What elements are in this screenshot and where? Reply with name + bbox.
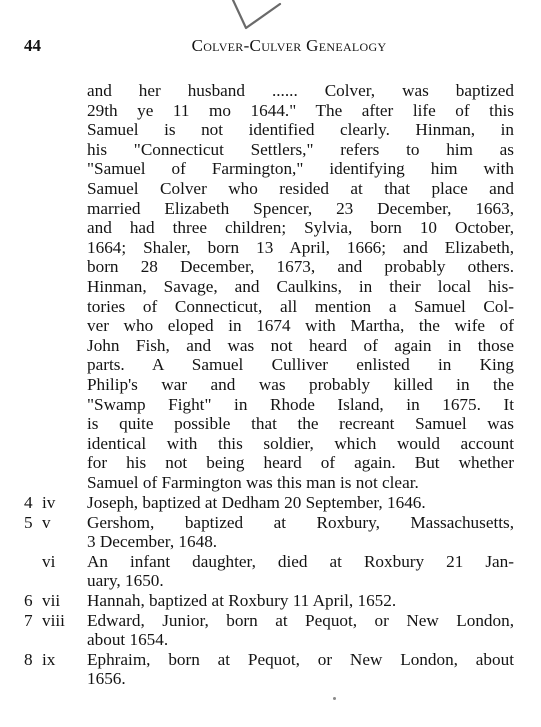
running-head: 44 Colver-Culver Genealogy <box>0 36 541 60</box>
text-line: 1656. <box>87 669 514 689</box>
text-line: married Elizabeth Spencer, 23 December, … <box>87 199 514 219</box>
text-line: Gershom, baptized at Roxbury, Massachuse… <box>87 513 514 533</box>
text-line: and her husband ...... Colver, was bapti… <box>87 81 514 101</box>
genealogy-number: 8 <box>24 650 38 670</box>
birth-order-numeral: v <box>42 513 82 533</box>
text-line: 1664; Shaler, born 13 April, 1666; and E… <box>87 238 514 258</box>
text-line: Ephraim, born at Pequot, or New London, … <box>87 650 514 670</box>
child-description: Joseph, baptized at Dedham 20 September,… <box>87 493 514 513</box>
text-line: and had three children; Sylvia, born 10 … <box>87 218 514 238</box>
text-line: is quite possible that the recreant Samu… <box>87 414 514 434</box>
child-description: Ephraim, born at Pequot, or New London, … <box>87 650 514 689</box>
genealogy-number: 7 <box>24 611 38 631</box>
child-description: Edward, Junior, born at Pequot, or New L… <box>87 611 514 650</box>
child-description: An infant daughter, died at Roxbury 21 J… <box>87 552 514 591</box>
child-entry-edward: 7 viii Edward, Junior, born at Pequot, o… <box>0 611 541 650</box>
text-line: for his not being heard of again. But wh… <box>87 453 514 473</box>
children-list: 4 iv Joseph, baptized at Dedham 20 Septe… <box>0 493 541 689</box>
text-line: born 28 December, 1673, and probably oth… <box>87 257 514 277</box>
text-line: Samuel Colver who resided at that place … <box>87 179 514 199</box>
birth-order-numeral: vii <box>42 591 82 611</box>
child-entry-ephraim: 8 ix Ephraim, born at Pequot, or New Lon… <box>0 650 541 689</box>
pencil-check-mark-icon <box>225 0 285 32</box>
text-line: An infant daughter, died at Roxbury 21 J… <box>87 552 514 572</box>
text-line: identical with this soldier, which would… <box>87 434 514 454</box>
text-line: Joseph, baptized at Dedham 20 September,… <box>87 493 514 513</box>
child-description: Gershom, baptized at Roxbury, Massachuse… <box>87 513 514 552</box>
text-line: parts. A Samuel Culliver enlisted in Kin… <box>87 355 514 375</box>
text-line: Philip's war and was probably killed in … <box>87 375 514 395</box>
child-entry-infant-daughter: vi An infant daughter, died at Roxbury 2… <box>0 552 541 591</box>
text-line: "Samuel of Farmington," identifying him … <box>87 159 514 179</box>
child-entry-joseph: 4 iv Joseph, baptized at Dedham 20 Septe… <box>0 493 541 513</box>
birth-order-numeral: vi <box>42 552 82 572</box>
text-line: ver who eloped in 1674 with Martha, the … <box>87 316 514 336</box>
genealogy-number: 5 <box>24 513 38 533</box>
birth-order-numeral: ix <box>42 650 82 670</box>
genealogy-number: 6 <box>24 591 38 611</box>
text-line: tories of Connecticut, all mention a Sam… <box>87 297 514 317</box>
text-line: uary, 1650. <box>87 571 514 591</box>
text-line: 29th ye 11 mo 1644." The after life of t… <box>87 101 514 121</box>
body-paragraph: and her husband ...... Colver, was bapti… <box>87 81 514 492</box>
text-line: about 1654. <box>87 630 514 650</box>
text-line: Samuel is not identified clearly. Hinman… <box>87 120 514 140</box>
text-line: 3 December, 1648. <box>87 532 514 552</box>
ink-speck <box>333 697 336 700</box>
text-line: John Fish, and was not heard of again in… <box>87 336 514 356</box>
page-number: 44 <box>24 36 41 56</box>
genealogy-number: 4 <box>24 493 38 513</box>
birth-order-numeral: viii <box>42 611 82 631</box>
text-line: Edward, Junior, born at Pequot, or New L… <box>87 611 514 631</box>
text-line: Hannah, baptized at Roxbury 11 April, 16… <box>87 591 514 611</box>
text-line: his "Connecticut Settlers," refers to hi… <box>87 140 514 160</box>
page-title: Colver-Culver Genealogy <box>144 36 434 56</box>
child-entry-hannah: 6 vii Hannah, baptized at Roxbury 11 Apr… <box>0 591 541 611</box>
text-line: Samuel of Farmington was this man is not… <box>87 473 514 493</box>
child-entry-gershom: 5 v Gershom, baptized at Roxbury, Massac… <box>0 513 541 552</box>
text-line: "Swamp Fight" in Rhode Island, in 1675. … <box>87 395 514 415</box>
birth-order-numeral: iv <box>42 493 82 513</box>
text-line: Hinman, Savage, and Caulkins, in their l… <box>87 277 514 297</box>
child-description: Hannah, baptized at Roxbury 11 April, 16… <box>87 591 514 611</box>
